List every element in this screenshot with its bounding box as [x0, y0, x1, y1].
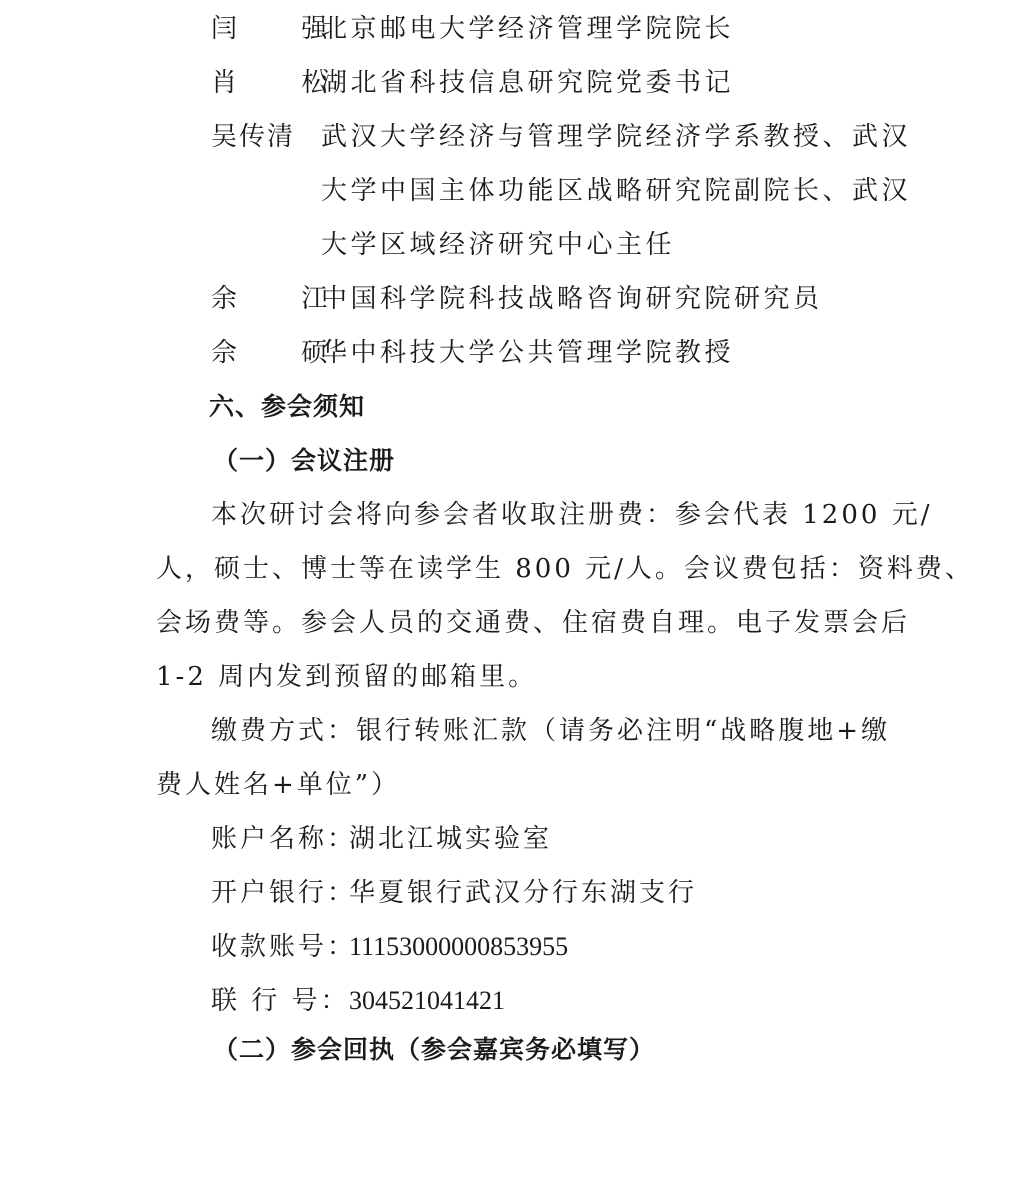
member-name: 吴传清 [211, 121, 295, 153]
member-title: 武汉大学经济与管理学院经济学系教授、武汉 [321, 121, 911, 153]
paragraph-line: 缴费方式：银行转账汇款（请务必注明“战略腹地+缴 [211, 715, 890, 747]
member-title: 中国科学院科技战略咨询研究院研究员 [321, 283, 823, 315]
paragraph-line: 本次研讨会将向参会者收取注册费：参会代表 1200 元/ [211, 499, 932, 531]
bank-value: 华夏银行武汉分行东湖支行 [349, 877, 697, 909]
clearing-number-value: 304521041421 [349, 985, 505, 1017]
section-heading: 六、参会须知 [209, 391, 365, 423]
paragraph-line: 会场费等。参会人员的交通费、住宿费自理。电子发票会后 [156, 607, 910, 639]
member-title: 华中科技大学公共管理学院教授 [321, 337, 734, 369]
clearing-number-label: 联 行 号： [211, 985, 350, 1017]
member-title-continued: 大学中国主体功能区战略研究院副院长、武汉 [321, 175, 911, 207]
account-number-label: 收款账号： [211, 931, 356, 963]
member-title: 湖北省科技信息研究院党委书记 [321, 67, 734, 99]
account-name-label: 账户名称： [211, 823, 356, 855]
member-title: 北京邮电大学经济管理学院院长 [321, 13, 734, 45]
bank-label: 开户银行： [211, 877, 356, 909]
paragraph-line: 费人姓名+单位”） [156, 769, 400, 801]
paragraph-line: 人，硕士、博士等在读学生 800 元/人。会议费包括：资料费、 [156, 553, 974, 585]
subsection-heading: （二）参会回执（参会嘉宾务必填写） [213, 1034, 655, 1066]
account-number-value: 11153000000853955 [349, 931, 568, 963]
paragraph-line: 1-2 周内发到预留的邮箱里。 [156, 661, 537, 693]
member-title-continued: 大学区域经济研究中心主任 [321, 229, 675, 261]
subsection-heading: （一）会议注册 [213, 445, 395, 477]
account-name-value: 湖北江城实验室 [349, 823, 552, 855]
